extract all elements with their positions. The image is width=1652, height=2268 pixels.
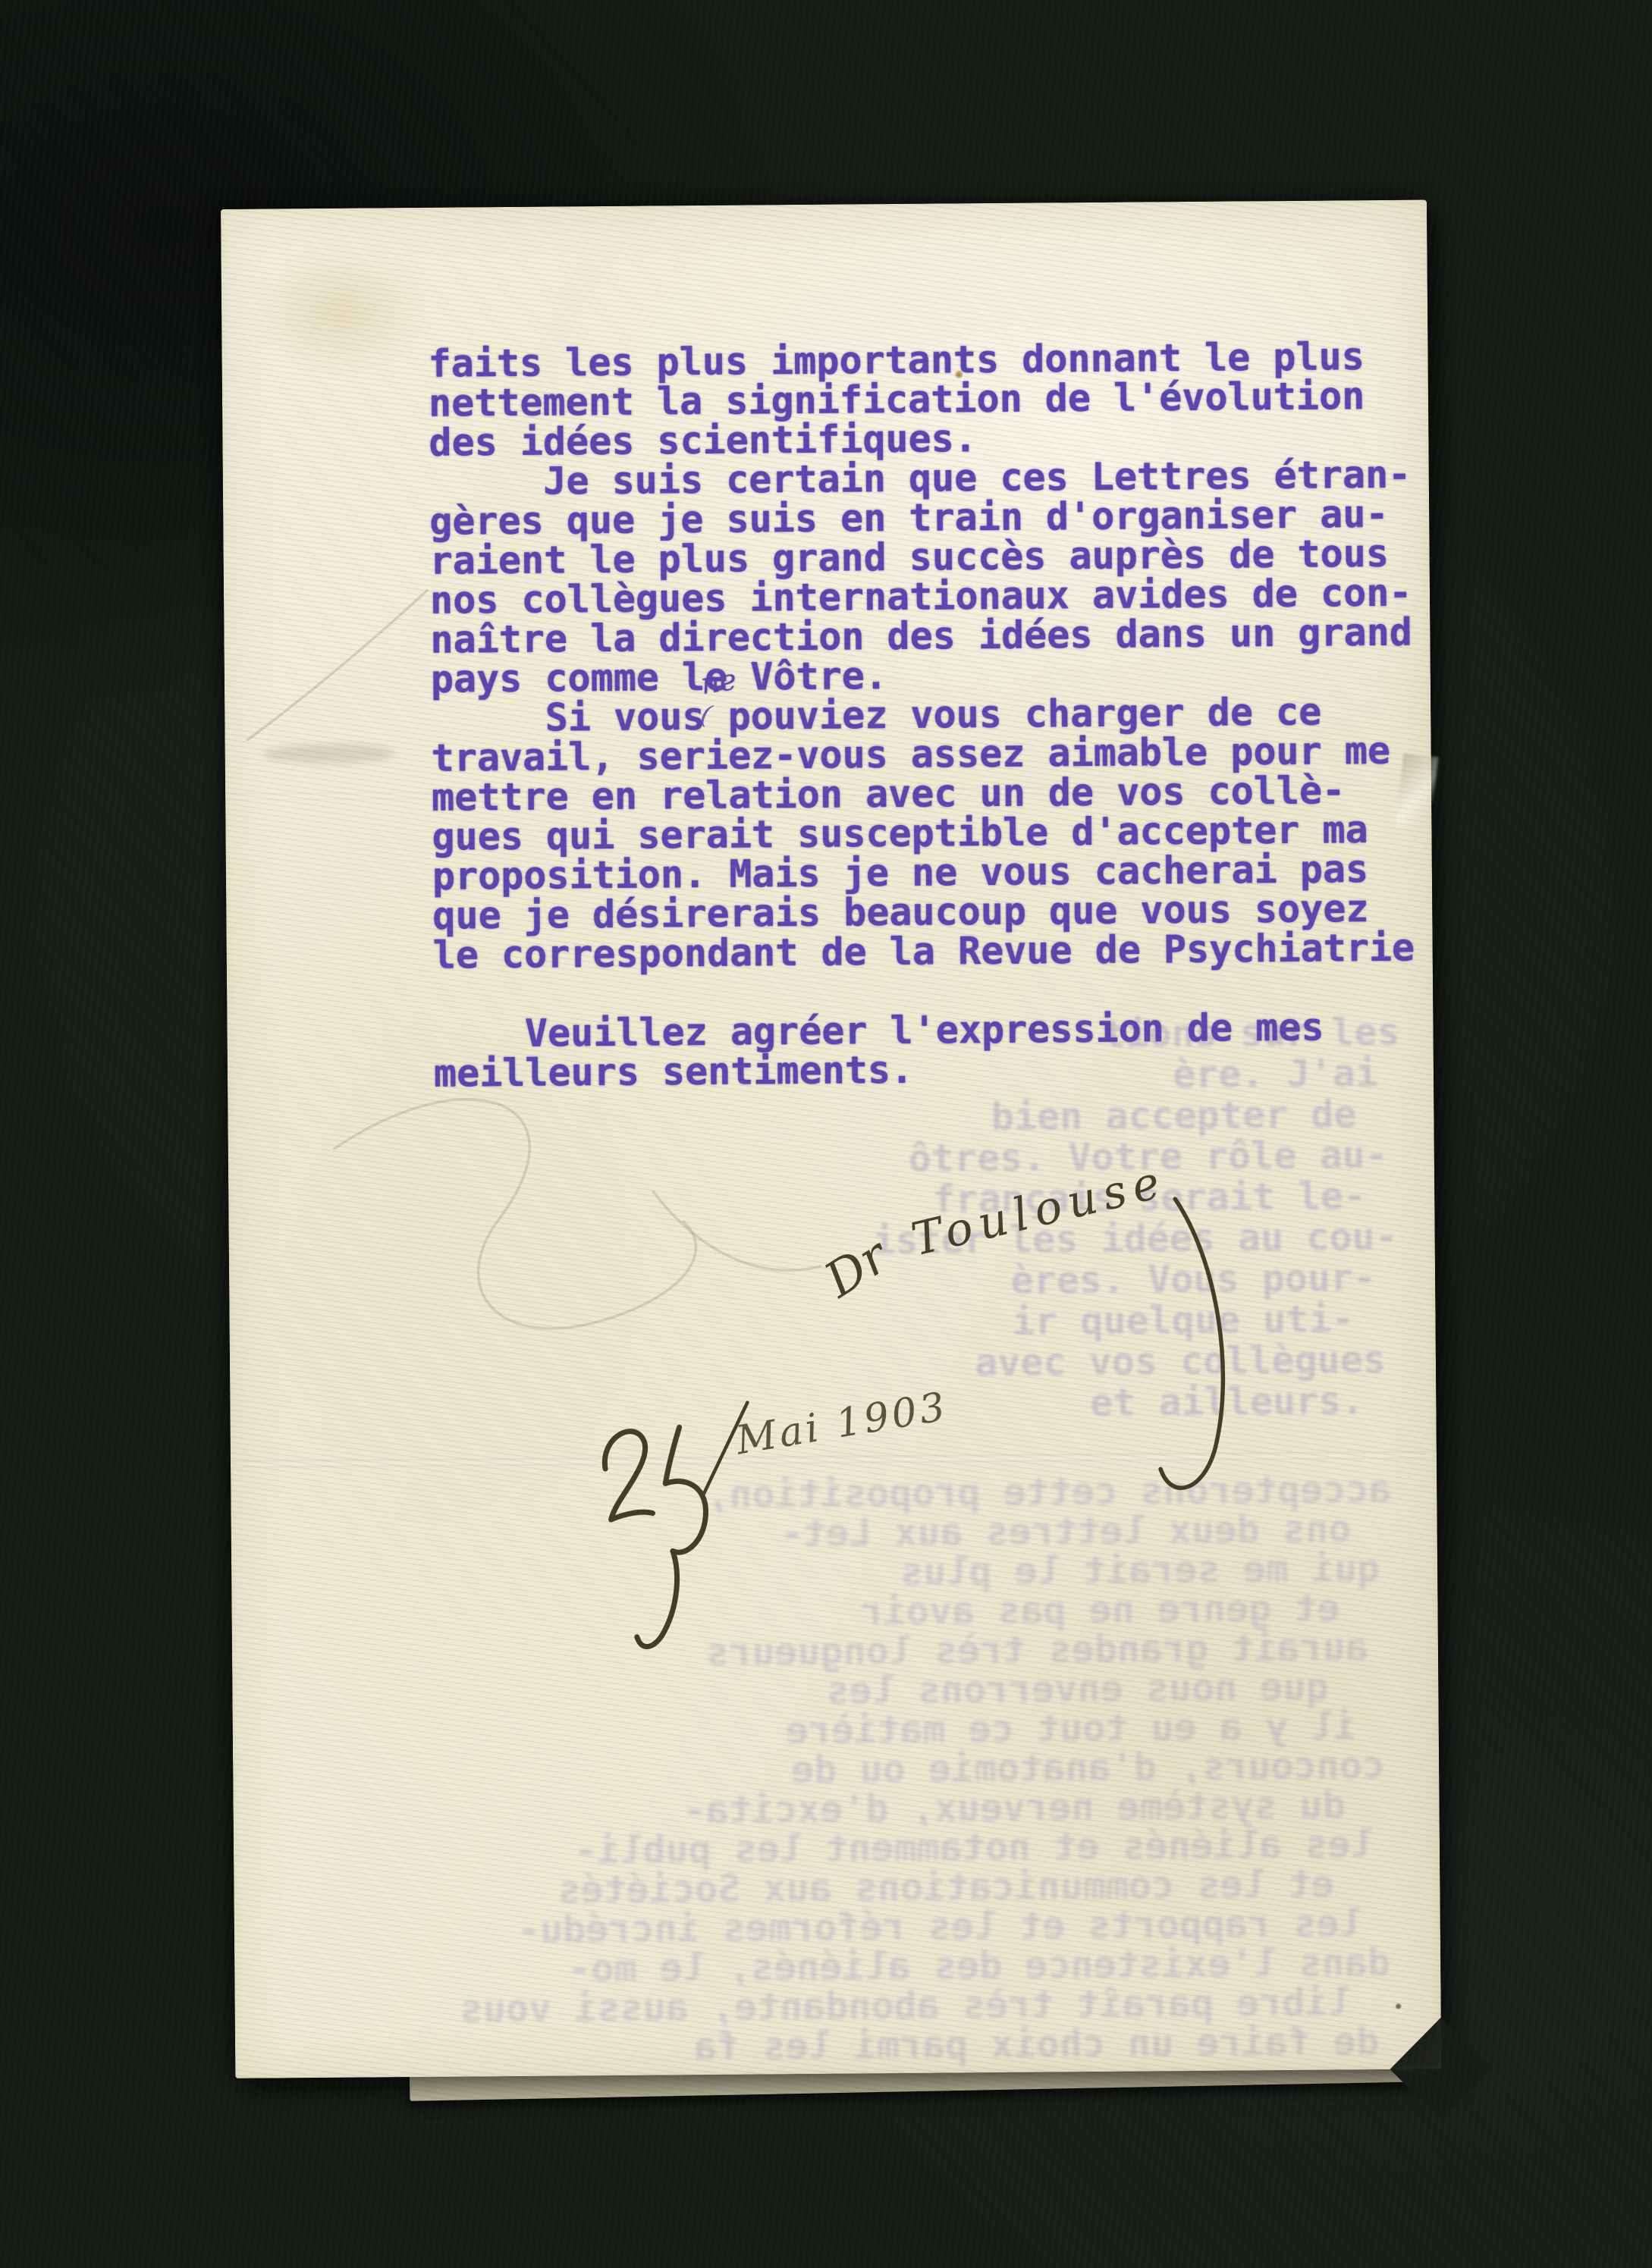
ghost-text-line: et ailleurs. [655, 1381, 1402, 1426]
bottom-right-corner-cut [1390, 2018, 1493, 2121]
ghost-text-line: ôtres. Votre rôle au- [653, 1135, 1401, 1181]
ghost-text-line: bien accepter de [652, 1094, 1400, 1140]
ghost-text-line: ister les idées au cou- [654, 1217, 1402, 1263]
foxing-stain [251, 246, 426, 376]
ghost-text-line: français serait le- [653, 1176, 1401, 1222]
handwritten-insertion-ne: ne [699, 663, 739, 701]
ghost-text-block-bottom: accepterons cette proposition,ons deux l… [435, 1470, 1396, 2069]
letter-page: tions sur lesère. J'aibien accepter deôt… [221, 200, 1441, 2078]
dark-speck [1396, 2003, 1402, 2009]
ink-smudge [263, 743, 396, 764]
ghost-text-line: ir quelque uti- [654, 1299, 1402, 1344]
typed-letter-body: faits les plus importants donnant le plu… [428, 337, 1415, 1093]
ghost-text-line: ères. Vous pour- [654, 1258, 1402, 1303]
photo-background: tions sur lesère. J'aibien accepter deôt… [0, 0, 1652, 2268]
ghost-text-line: de faire un choix parmi les fa [440, 2022, 1396, 2069]
fold-crease-lower [231, 1451, 1437, 1467]
ghost-text-line: avec vos collègues [655, 1340, 1402, 1385]
